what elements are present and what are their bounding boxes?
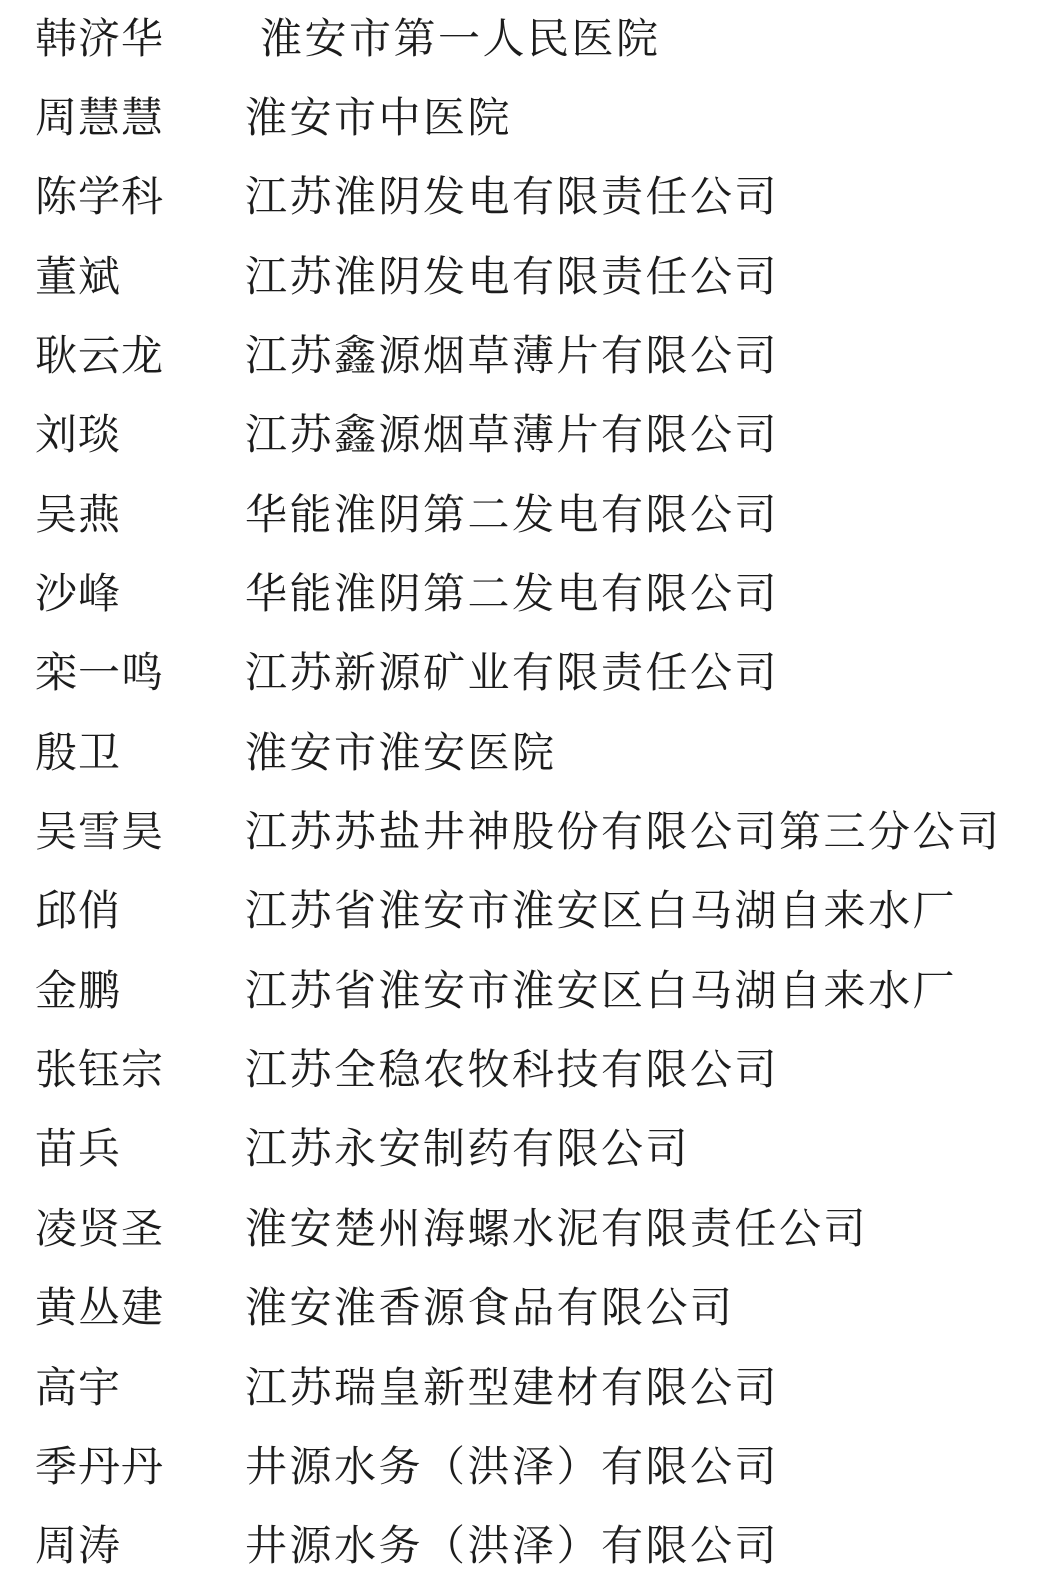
list-item: 季丹丹 井源水务（洪泽）有限公司 <box>35 1428 1047 1507</box>
person-name: 栾一鸣 <box>35 653 245 695</box>
organization-name: 淮安淮香源食品有限公司 <box>245 1288 1047 1330</box>
person-name: 季丹丹 <box>35 1447 245 1489</box>
person-name: 殷卫 <box>35 733 245 775</box>
roster-page: 韩济华 淮安市第一人民医院 周慧慧 淮安市中医院 陈学科 江苏淮阴发电有限责任公… <box>0 0 1057 1587</box>
person-name: 邱俏 <box>35 891 245 933</box>
organization-name: 江苏苏盐井神股份有限公司第三分公司 <box>245 812 1047 854</box>
organization-name: 江苏省淮安市淮安区白马湖自来水厂 <box>245 971 1047 1013</box>
organization-name: 淮安市中医院 <box>245 98 1047 140</box>
list-item: 吴雪昊 江苏苏盐井神股份有限公司第三分公司 <box>35 793 1047 872</box>
person-name: 周慧慧 <box>35 98 245 140</box>
person-name: 凌贤圣 <box>35 1209 245 1251</box>
list-item: 黄丛建 淮安淮香源食品有限公司 <box>35 1270 1047 1349</box>
organization-name: 江苏永安制药有限公司 <box>245 1129 1047 1171</box>
organization-name: 淮安市第一人民医院 <box>245 19 1047 61</box>
person-name: 高宇 <box>35 1368 245 1410</box>
person-name: 韩济华 <box>35 19 245 61</box>
list-item: 沙峰 华能淮阴第二发电有限公司 <box>35 555 1047 634</box>
list-item: 周慧慧 淮安市中医院 <box>35 79 1047 158</box>
list-item: 邱俏 江苏省淮安市淮安区白马湖自来水厂 <box>35 873 1047 952</box>
person-name: 董斌 <box>35 257 245 299</box>
list-item: 周涛 井源水务（洪泽）有限公司 <box>35 1508 1047 1587</box>
person-name: 吴燕 <box>35 495 245 537</box>
organization-name: 井源水务（洪泽）有限公司 <box>245 1526 1047 1568</box>
person-name: 陈学科 <box>35 177 245 219</box>
list-item: 苗兵 江苏永安制药有限公司 <box>35 1111 1047 1190</box>
list-item: 韩济华 淮安市第一人民医院 <box>35 0 1047 79</box>
roster-list: 韩济华 淮安市第一人民医院 周慧慧 淮安市中医院 陈学科 江苏淮阴发电有限责任公… <box>35 0 1047 1587</box>
organization-name: 江苏鑫源烟草薄片有限公司 <box>245 336 1047 378</box>
list-item: 金鹏 江苏省淮安市淮安区白马湖自来水厂 <box>35 952 1047 1031</box>
person-name: 黄丛建 <box>35 1288 245 1330</box>
list-item: 栾一鸣 江苏新源矿业有限责任公司 <box>35 635 1047 714</box>
organization-name: 华能淮阴第二发电有限公司 <box>245 574 1047 616</box>
organization-name: 江苏省淮安市淮安区白马湖自来水厂 <box>245 891 1047 933</box>
organization-name: 江苏瑞皇新型建材有限公司 <box>245 1368 1047 1410</box>
organization-name: 华能淮阴第二发电有限公司 <box>245 495 1047 537</box>
organization-name: 江苏鑫源烟草薄片有限公司 <box>245 415 1047 457</box>
person-name: 张钰宗 <box>35 1050 245 1092</box>
list-item: 刘琰 江苏鑫源烟草薄片有限公司 <box>35 397 1047 476</box>
person-name: 刘琰 <box>35 415 245 457</box>
list-item: 陈学科 江苏淮阴发电有限责任公司 <box>35 159 1047 238</box>
organization-name: 江苏全稳农牧科技有限公司 <box>245 1050 1047 1092</box>
list-item: 耿云龙 江苏鑫源烟草薄片有限公司 <box>35 317 1047 396</box>
organization-name: 井源水务（洪泽）有限公司 <box>245 1447 1047 1489</box>
organization-name: 淮安楚州海螺水泥有限责任公司 <box>245 1209 1047 1251</box>
list-item: 高宇 江苏瑞皇新型建材有限公司 <box>35 1349 1047 1428</box>
person-name: 沙峰 <box>35 574 245 616</box>
person-name: 吴雪昊 <box>35 812 245 854</box>
person-name: 苗兵 <box>35 1129 245 1171</box>
organization-name: 江苏淮阴发电有限责任公司 <box>245 257 1047 299</box>
organization-name: 江苏淮阴发电有限责任公司 <box>245 177 1047 219</box>
organization-name: 淮安市淮安医院 <box>245 733 1047 775</box>
list-item: 董斌 江苏淮阴发电有限责任公司 <box>35 238 1047 317</box>
list-item: 凌贤圣 淮安楚州海螺水泥有限责任公司 <box>35 1190 1047 1269</box>
person-name: 金鹏 <box>35 971 245 1013</box>
list-item: 张钰宗 江苏全稳农牧科技有限公司 <box>35 1031 1047 1110</box>
list-item: 殷卫 淮安市淮安医院 <box>35 714 1047 793</box>
list-item: 吴燕 华能淮阴第二发电有限公司 <box>35 476 1047 555</box>
person-name: 耿云龙 <box>35 336 245 378</box>
organization-name: 江苏新源矿业有限责任公司 <box>245 653 1047 695</box>
person-name: 周涛 <box>35 1526 245 1568</box>
